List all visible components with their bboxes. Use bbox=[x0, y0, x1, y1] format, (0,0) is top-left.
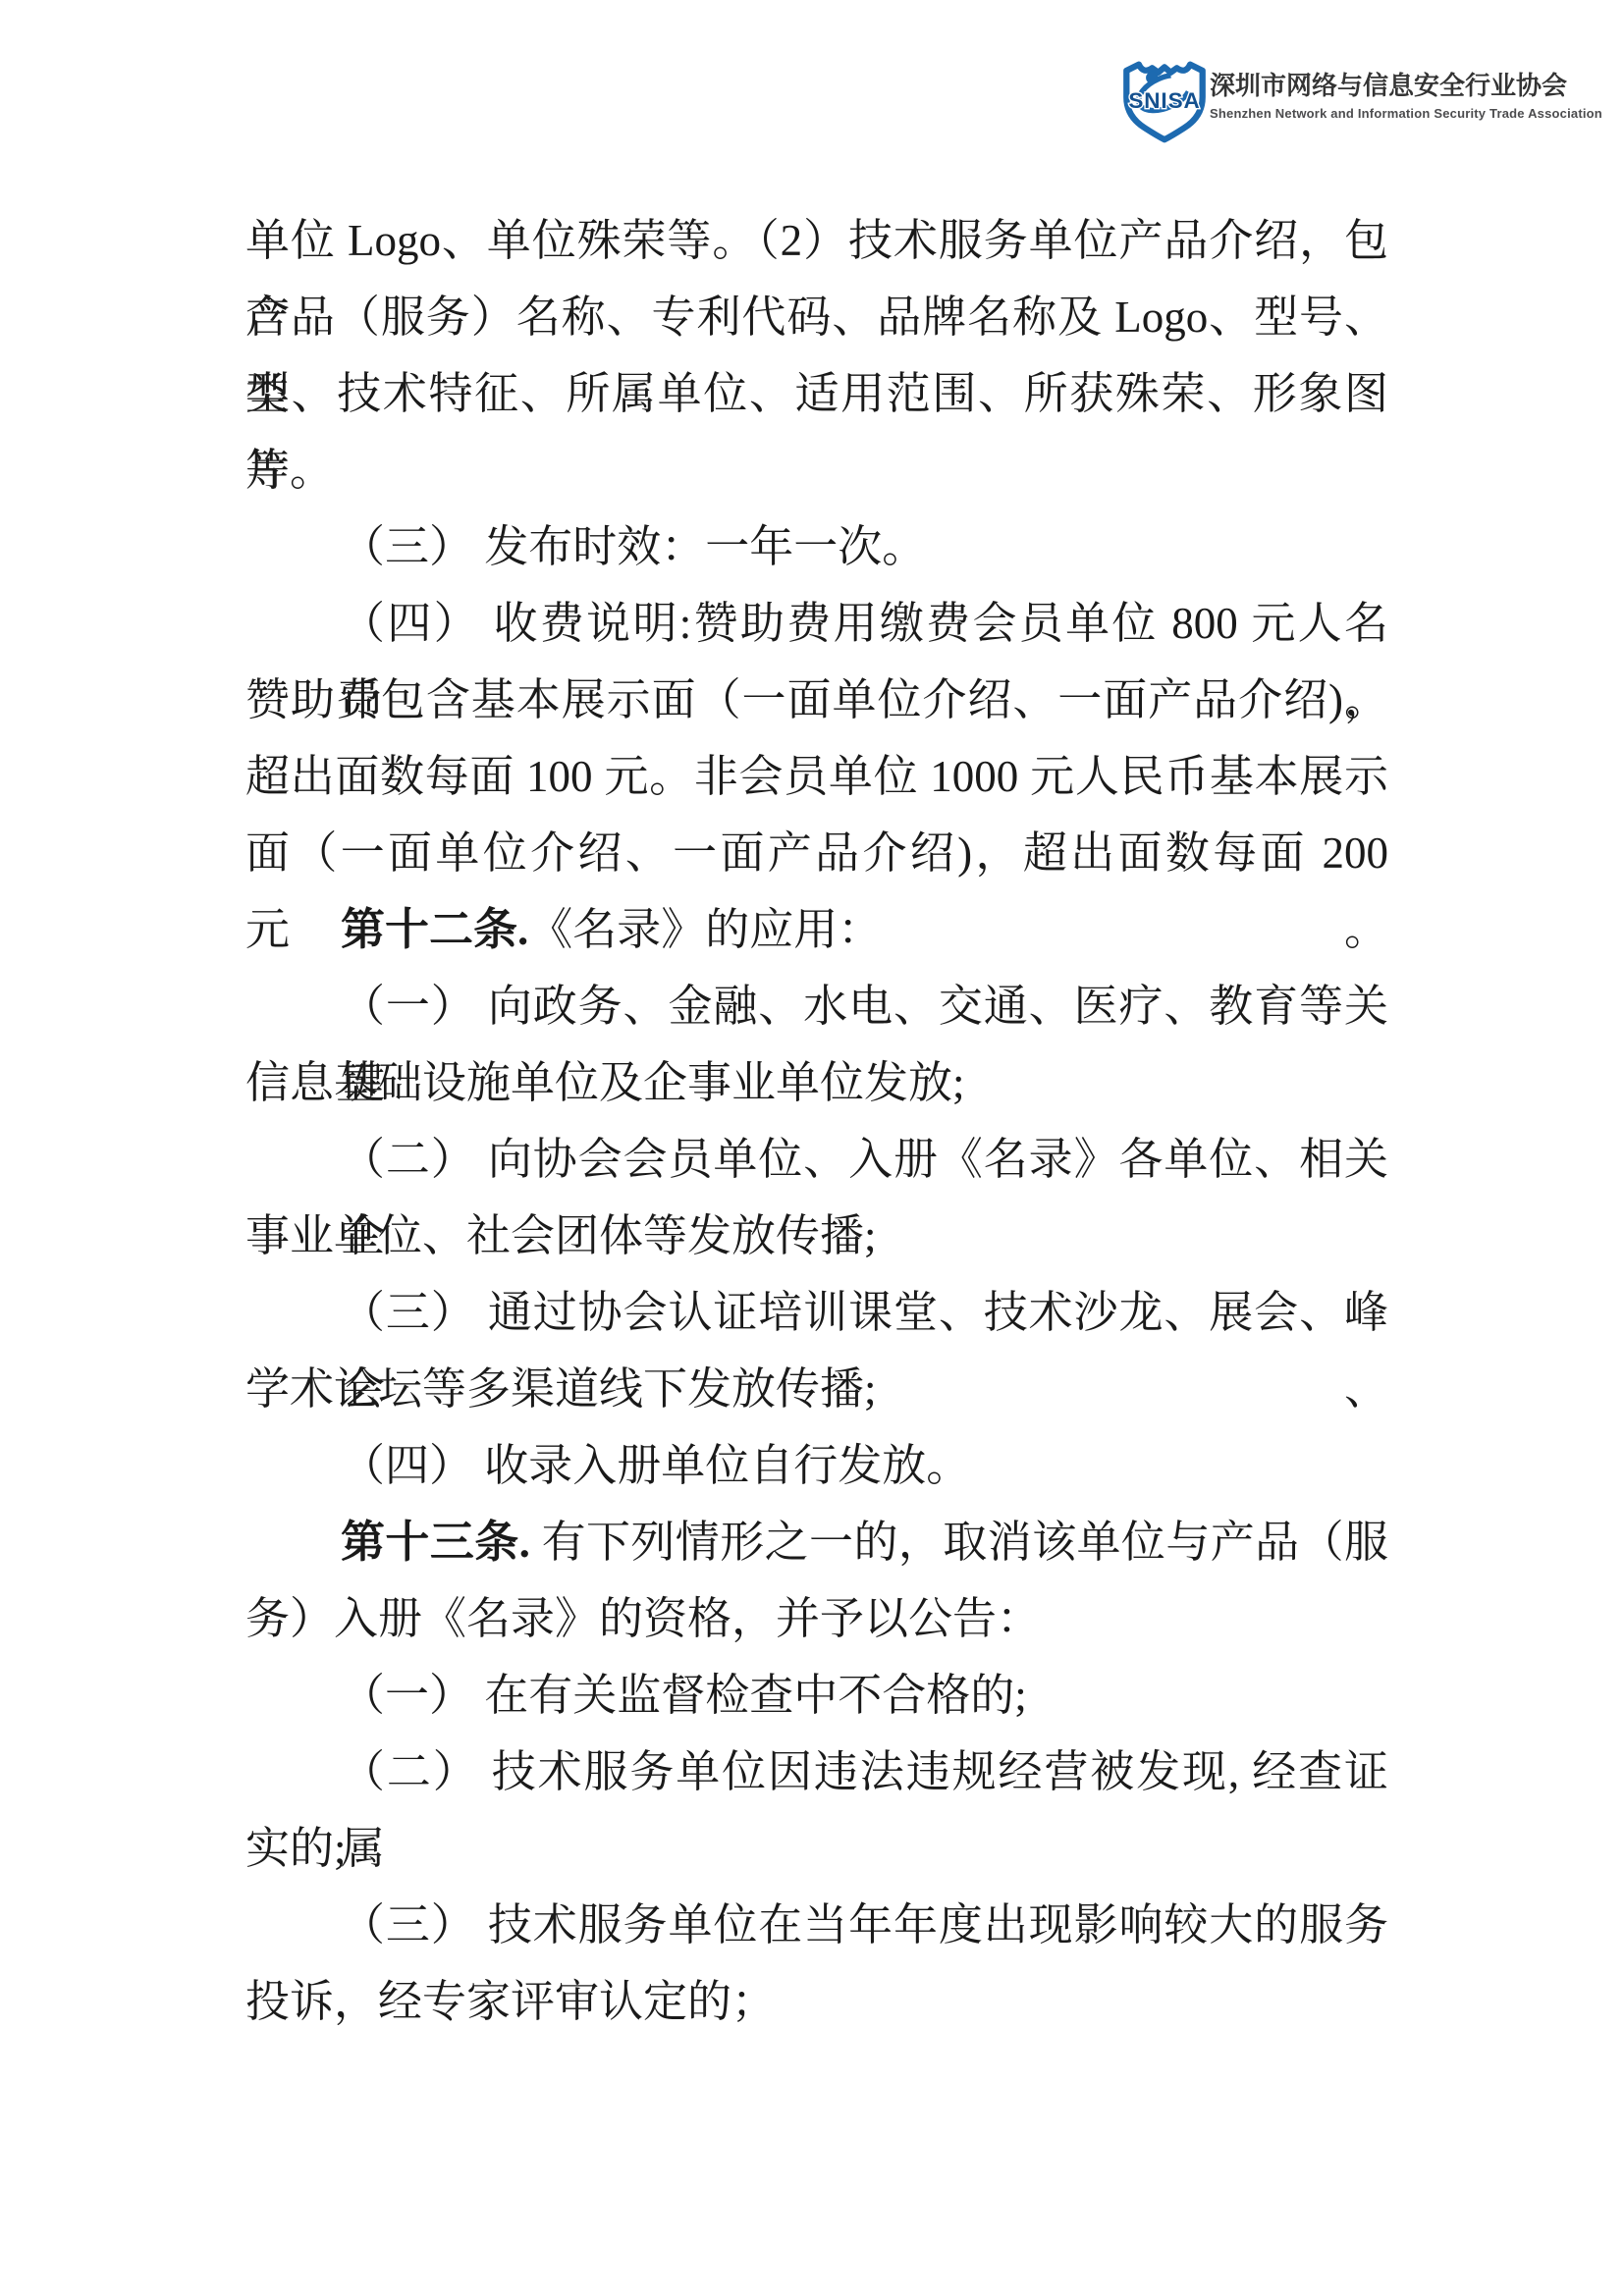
text-line: （一） 在有关监督检查中不合格的; bbox=[245, 1657, 1388, 1734]
association-name-zh: 深圳市网络与信息安全行业协会 bbox=[1210, 71, 1583, 100]
text-line: 事业单位、社会团体等发放传播; bbox=[245, 1198, 1388, 1274]
text-line: （四） 收费说明:赞助费用缴费会员单位 800 元人名币。 bbox=[245, 585, 1388, 662]
association-name-block: 深圳市网络与信息安全行业协会 Shenzhen Network and Info… bbox=[1210, 71, 1583, 121]
text-line: 面（一面单位介绍、一面产品介绍)，超出面数每面 200 元。 bbox=[245, 815, 1388, 891]
text-line: 赞助费包含基本展示面（一面单位介绍、一面产品介绍)， bbox=[245, 662, 1388, 738]
text-line: 等。 bbox=[245, 432, 1388, 508]
snisa-shield-icon: SNISA bbox=[1120, 51, 1209, 143]
text-line: 单位 Logo、单位殊荣等。（2）技术服务单位产品介绍，包含 bbox=[245, 202, 1388, 279]
association-logo: SNISA 深圳市网络与信息安全行业协会 Shenzhen Network an… bbox=[1120, 49, 1582, 147]
text-line: 实的; bbox=[245, 1810, 1388, 1887]
text-line: （三） 发布时效：一年一次。 bbox=[245, 508, 1388, 585]
text-line: （一） 向政务、金融、水电、交通、医疗、教育等关键 bbox=[245, 968, 1388, 1044]
text-line: 投诉，经专家评审认定的； bbox=[245, 1963, 1388, 2040]
text-line: （三） 技术服务单位在当年年度出现影响较大的服务 bbox=[245, 1887, 1388, 1963]
text-line: 务）入册《名录》的资格，并予以公告： bbox=[245, 1580, 1388, 1657]
text-line: （二） 技术服务单位因违法违规经营被发现, 经查证属 bbox=[245, 1734, 1388, 1810]
text-line: 第十三条. 有下列情形之一的，取消该单位与产品（服 bbox=[245, 1504, 1388, 1580]
text-line: 型、技术特征、所属单位、适用范围、所获殊荣、形象图片 bbox=[245, 355, 1388, 432]
text-line: （二） 向协会会员单位、入册《名录》各单位、相关企 bbox=[245, 1121, 1388, 1198]
text-line: 信息基础设施单位及企事业单位发放; bbox=[245, 1044, 1388, 1121]
text-line: 产品（服务）名称、专利代码、品牌名称及 Logo、型号、类 bbox=[245, 279, 1388, 355]
text-line: （四） 收录入册单位自行发放。 bbox=[245, 1427, 1388, 1504]
article-number: 第十三条. bbox=[341, 1518, 530, 1567]
document-page: SNISA 深圳市网络与信息安全行业协会 Shenzhen Network an… bbox=[0, 0, 1624, 2296]
document-body: 单位 Logo、单位殊荣等。（2）技术服务单位产品介绍，包含产品（服务）名称、专… bbox=[245, 202, 1388, 2040]
snisa-acronym: SNISA bbox=[1128, 88, 1200, 113]
association-name-en: Shenzhen Network and Information Securit… bbox=[1210, 106, 1583, 121]
text-line: （三） 通过协会认证培训课堂、技术沙龙、展会、峰会、 bbox=[245, 1274, 1388, 1351]
text-line: 超出面数每面 100 元。非会员单位 1000 元人民币基本展示 bbox=[245, 738, 1388, 815]
article-number: 第十二条. bbox=[341, 905, 528, 954]
